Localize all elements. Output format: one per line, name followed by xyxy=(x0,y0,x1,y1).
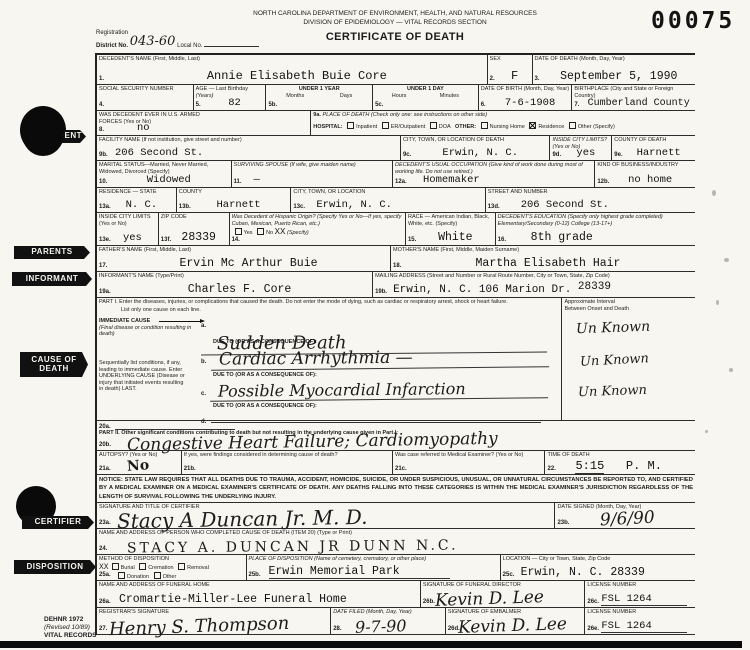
field-marital-status: MARITAL STATUS—Married, Never Married, W… xyxy=(97,161,232,187)
label: FACILITY NAME (If not institution, give … xyxy=(99,137,398,144)
label: SEX xyxy=(490,56,530,63)
option-other: Other (Specify) xyxy=(578,124,615,130)
value: No xyxy=(126,457,149,475)
item-number: 9c. xyxy=(403,152,411,158)
field-under-1-year: UNDER 1 YEAR Months Days 5b. xyxy=(266,85,373,110)
field-mother-name: MOTHER'S NAME (First, Middle, Maiden Sur… xyxy=(391,246,695,271)
label: RESIDENCE — STATE xyxy=(99,189,174,196)
item-number: 6. xyxy=(481,102,486,108)
field-residence-state: RESIDENCE — STATE 13a. N. C. xyxy=(97,188,177,212)
part2-section: 20a. PART II. Other significant conditio… xyxy=(97,421,695,450)
death-certificate-scan: NORTH CAROLINA DEPARTMENT OF ENVIRONMENT… xyxy=(0,0,750,650)
option-yes: Yes xyxy=(244,230,253,236)
item-number: 23b. xyxy=(557,520,569,526)
label: DATE FILED (Month, Day, Year) xyxy=(333,609,443,616)
field-place-of-disposition: PLACE OF DISPOSITION (Name of cemetery, … xyxy=(247,555,501,580)
item-number: 22. xyxy=(547,466,555,472)
value: Harnett xyxy=(624,147,693,159)
checkbox-other xyxy=(569,122,576,129)
field-completed-by: NAME AND ADDRESS OF PERSON WHO COMPLETED… xyxy=(97,529,695,554)
part1-interval-column: Approximate Interval Between Onset and D… xyxy=(562,298,695,420)
field-registrar-signature: REGISTRAR'S SIGNATURE 27. Henry S. Thomp… xyxy=(97,608,331,634)
value: 9/6/90 xyxy=(600,508,656,531)
immediate-cause-arrow xyxy=(159,321,201,322)
signature-value: Henry S. Thompson xyxy=(109,613,290,640)
zip-value: 28339 xyxy=(578,281,611,293)
checkbox-line-2: Donation Other xyxy=(99,572,244,581)
value: 5:15 P. M. xyxy=(575,459,693,473)
local-no-blank xyxy=(204,46,259,47)
checkbox-donation xyxy=(118,572,125,579)
item-number: 21b. xyxy=(184,466,196,472)
value: Charles F. Core xyxy=(109,283,370,296)
label: LICENSE NUMBER xyxy=(587,582,693,589)
form-section: VITAL RECORDS xyxy=(44,632,97,639)
field-date-signed: DATE SIGNED (Month, Day, Year) 23b. 9/6/… xyxy=(555,503,695,528)
field-decedent-name: DECEDENT'S NAME (First, Middle, Last) 1.… xyxy=(97,55,488,84)
checkbox-er-outpatient xyxy=(382,122,389,129)
notice-block: NOTICE: STATE LAW REQUIRES THAT ALL DEAT… xyxy=(97,475,695,502)
burial-mark: XX xyxy=(99,563,109,572)
days-label: Days xyxy=(340,93,353,100)
registration-label: Registration xyxy=(96,30,128,36)
interval-header: Approximate Interval Between Onset and D… xyxy=(564,299,634,312)
value: September 5, 1990 xyxy=(545,70,693,83)
district-label: District No. xyxy=(96,43,128,49)
value: 9-7-90 xyxy=(355,616,407,637)
value: 82 xyxy=(206,97,264,109)
field-sex: SEX 2. F xyxy=(488,55,533,84)
value: Erwin, N. C. xyxy=(316,199,482,211)
label: If yes, were findings considered in dete… xyxy=(184,452,390,459)
label: NAME AND ADDRESS OF FUNERAL HOME xyxy=(99,582,418,589)
label: INFORMANT'S NAME (Type/Print) xyxy=(99,273,370,280)
value: — xyxy=(254,174,390,186)
item-number: 21c. xyxy=(395,466,407,472)
label: FATHER'S NAME (First, Middle, Last) xyxy=(99,247,388,254)
option-burial: Burial xyxy=(121,565,135,571)
field-autopsy: AUTOPSY? (Yes or No) 21a. No xyxy=(97,451,182,474)
item-number-20b: 20b. xyxy=(99,442,111,448)
item-number: 21a. xyxy=(99,466,111,472)
item-number: 15. xyxy=(408,237,416,243)
item-number: 9e. xyxy=(614,152,622,158)
label: ZIP CODE xyxy=(161,214,227,221)
option-cremation: Cremation xyxy=(148,565,173,571)
scan-noise xyxy=(724,258,729,262)
item-number: 13d. xyxy=(488,204,500,210)
item-number: 26a. xyxy=(99,599,111,605)
field-birthplace: BIRTHPLACE (City and State or Foreign Co… xyxy=(572,85,695,110)
field-residence-city: CITY, TOWN, OR LOCATION 13c. Erwin, N. C… xyxy=(291,188,485,212)
checkbox-burial xyxy=(112,563,119,570)
item-number: 25a. xyxy=(99,572,111,578)
value: Cumberland County xyxy=(584,98,693,109)
label: PLACE OF DISPOSITION (Name of cemetery, … xyxy=(249,556,498,563)
item-number: 18. xyxy=(393,263,401,269)
field-father-name: FATHER'S NAME (First, Middle, Last) 17. … xyxy=(97,246,391,271)
value: yes xyxy=(109,232,156,244)
field-date-filed: DATE FILED (Month, Day, Year) 28. 9-7-90 xyxy=(331,608,446,634)
label: LICENSE NUMBER xyxy=(587,609,693,616)
value: 28339 xyxy=(171,231,227,244)
sub-columns: Months Days xyxy=(268,93,370,100)
label: METHOD OF DISPOSITION xyxy=(99,556,244,563)
field-date-of-birth: DATE OF BIRTH (Month, Day, Year) 6. 7-6-… xyxy=(479,85,573,110)
form-revision: (Revised 10/89) xyxy=(44,624,90,631)
sequential-label: Sequentially list conditions, if any, le… xyxy=(99,360,189,393)
item-number: 26c. xyxy=(587,599,599,605)
field-inside-city-limits-death: INSIDE CITY LIMITS? (Yes or No) 9d. yes xyxy=(550,136,612,160)
item-number: 8. xyxy=(99,127,104,133)
field-medical-examiner-referred: Was case referred to Medical Examiner? (… xyxy=(393,451,545,474)
checkbox-residence-checked xyxy=(529,122,536,129)
item-number: 25b. xyxy=(249,572,261,578)
address-value: Erwin, N. C. 106 Marion Dr. xyxy=(393,284,571,296)
field-residence-county: COUNTY 13b. Harnett xyxy=(177,188,292,212)
item-number: 26e. xyxy=(587,626,599,632)
signature-value: Kevin D. Lee xyxy=(458,614,568,638)
sidebar-tab-certifier: CERTIFIER xyxy=(22,516,94,529)
field-informant-name: INFORMANT'S NAME (Type/Print) 19a. Charl… xyxy=(97,272,373,297)
ink-blob-overlay xyxy=(22,112,64,156)
form-code: DEHNR 1972 xyxy=(44,616,83,623)
label: PLACE OF DEATH (Check only one: see inst… xyxy=(322,112,487,118)
field-director-license: LICENSE NUMBER 26c. FSL 1264 xyxy=(585,581,695,607)
hours-label: Hours xyxy=(392,93,407,100)
field-surviving-spouse: SURVIVING SPOUSE (If wife, give maiden n… xyxy=(232,161,393,187)
checkbox-nursing-home xyxy=(481,122,488,129)
value: Erwin, N. C. 28339 xyxy=(521,566,693,579)
line-letter: b. xyxy=(201,359,206,365)
item-number: 3. xyxy=(535,76,540,82)
field-disposition-location: LOCATION — City or Town, State, Zip Code… xyxy=(501,555,695,580)
option-er-outpatient: ER/Outpatient xyxy=(391,124,426,130)
value: Annie Elisabeth Buie Core xyxy=(109,69,485,83)
immediate-cause-sub: (Final disease or condition resulting in… xyxy=(99,325,195,338)
option-nursing-home: Nursing Home xyxy=(490,124,525,130)
item-number: 16. xyxy=(498,237,506,243)
notice-text: NOTICE: STATE LAW REQUIRES THAT ALL DEAT… xyxy=(99,476,693,501)
label: DATE OF DEATH (Month, Day, Year) xyxy=(535,56,693,63)
checkbox-line: HOSPITAL: Inpatient ER/Outpatient DOA OT… xyxy=(313,122,693,131)
value: F xyxy=(500,69,530,83)
item-number: 4. xyxy=(99,102,104,108)
label: UNDER 1 DAY xyxy=(375,86,476,93)
field-age: AGE — Last Birthday (Years) 5. 82 xyxy=(194,85,267,110)
minutes-label: Minutes xyxy=(440,93,459,100)
item-number: 24. xyxy=(99,546,107,552)
label: SURVIVING SPOUSE (If wife, give maiden n… xyxy=(234,162,390,169)
field-place-of-death: 9a. PLACE OF DEATH (Check only one: see … xyxy=(311,111,695,135)
label: TIME OF DEATH xyxy=(547,452,693,459)
value: 206 Second St. xyxy=(115,147,398,159)
field-race: RACE — American Indian, Black, White, et… xyxy=(406,213,496,245)
item-number: 28. xyxy=(333,626,341,632)
label: Was Decedent of Hispanic Origin? (Specif… xyxy=(232,214,403,227)
value: Erwin Memorial Park xyxy=(269,565,450,579)
item-number: 10. xyxy=(99,179,107,185)
label: AGE — Last Birthday xyxy=(196,86,264,93)
field-education: DECEDENT'S EDUCATION (Specify only highe… xyxy=(496,213,695,245)
checkbox-hispanic-yes xyxy=(235,228,242,235)
value: 206 Second St. xyxy=(521,199,693,211)
field-method-of-disposition: METHOD OF DISPOSITION XXBurial Cremation… xyxy=(97,555,247,580)
item-number: 7. xyxy=(574,102,579,108)
label: RACE — American Indian, Black, White, et… xyxy=(408,214,493,227)
label: DECEDENT'S EDUCATION (Specify only highe… xyxy=(498,214,693,227)
value: Martha Elisabeth Hair xyxy=(403,257,693,270)
label: NAME AND ADDRESS OF PERSON WHO COMPLETED… xyxy=(99,530,693,537)
due-to-label-2: DUE TO (OR AS A CONSEQUENCE OF): xyxy=(213,372,317,379)
local-no-label: Local No. xyxy=(177,43,202,49)
division-line: DIVISION OF EPIDEMIOLOGY — VITAL RECORDS… xyxy=(95,19,695,26)
field-zip-code: ZIP CODE 13f. 28339 xyxy=(159,213,230,245)
scan-noise xyxy=(716,300,719,305)
item-number: 5b. xyxy=(268,102,277,108)
field-usual-occupation: DECEDENT'S USUAL OCCUPATION (Give kind o… xyxy=(393,161,595,187)
value: Ervin Mc Arthur Buie xyxy=(109,257,388,270)
sidebar-tab-cause-of-death: CAUSE OF DEATH xyxy=(20,352,88,377)
value: Erwin, N. C. xyxy=(413,147,548,159)
item-number: 5. xyxy=(196,102,201,108)
label: UNDER 1 YEAR xyxy=(268,86,370,93)
field-city-of-death: CITY, TOWN, OR LOCATION OF DEATH 9c. Erw… xyxy=(401,136,551,160)
due-to-label-1: DUE TO (OR AS A CONSEQUENCE OF): xyxy=(213,339,317,346)
registration-block: Registration District No. 043-60 Local N… xyxy=(96,30,259,51)
item-number: 13f. xyxy=(161,237,171,243)
ampm-value: P. M. xyxy=(626,459,662,473)
cause-c-value: Possible Myocardial Infarction xyxy=(210,378,548,402)
value: yes xyxy=(562,147,609,159)
field-autopsy-findings: If yes, were findings considered in dete… xyxy=(182,451,393,474)
option-no: No xyxy=(266,230,273,236)
item-number: 27. xyxy=(99,626,107,632)
item-number: 9b. xyxy=(99,152,108,158)
option-donation: Donation xyxy=(127,574,149,580)
scan-noise xyxy=(729,368,733,372)
value: Widowed xyxy=(109,174,229,186)
field-under-1-day: UNDER 1 DAY Hours Minutes 5c. xyxy=(373,85,479,110)
line-letter: a. xyxy=(201,323,206,329)
field-time-of-death: TIME OF DEATH 22. 5:15 P. M. xyxy=(545,451,695,474)
label: MOTHER'S NAME (First, Middle, Maiden Sur… xyxy=(393,247,693,254)
label: DATE OF BIRTH (Month, Day, Year) xyxy=(481,86,570,93)
item-number: 23a. xyxy=(99,520,111,526)
item-number: 13c. xyxy=(293,204,305,210)
label: CITY, TOWN, OR LOCATION OF DEATH xyxy=(403,137,548,144)
label: SOCIAL SECURITY NUMBER xyxy=(99,86,191,93)
label: KIND OF BUSINESS/INDUSTRY xyxy=(597,162,693,169)
part1-causes: PART I. Enter the diseases, injuries, or… xyxy=(97,298,562,420)
serial-number: 00075 xyxy=(651,8,735,34)
field-facility-name: FACILITY NAME (If not institution, give … xyxy=(97,136,401,160)
hispanic-no-mark: XX xyxy=(275,227,286,237)
field-ssn: SOCIAL SECURITY NUMBER 4. xyxy=(97,85,194,110)
field-business-industry: KIND OF BUSINESS/INDUSTRY 12b. no home xyxy=(595,161,695,187)
interval-c: Un Known xyxy=(578,383,647,400)
value: White xyxy=(418,231,493,244)
due-to-label-3: DUE TO (OR AS A CONSEQUENCE OF): xyxy=(213,403,317,410)
value: no xyxy=(137,122,308,134)
field-county-of-death: COUNTY OF DEATH 9e. Harnett xyxy=(612,136,695,160)
sidebar-tab-parents: PARENTS xyxy=(14,246,90,259)
checkbox-line: Yes No XX (Specify) xyxy=(232,227,403,238)
cause-line-c: c. Possible Myocardial Infarction xyxy=(201,380,553,400)
interval-a: Un Known xyxy=(576,319,651,338)
label: MAILING ADDRESS (Street and Number or Ru… xyxy=(375,273,693,280)
item-number: 9d. xyxy=(552,152,561,158)
item-number: 12a. xyxy=(395,179,407,185)
checkbox-removal xyxy=(178,563,185,570)
label: STREET AND NUMBER xyxy=(488,189,693,196)
label: COUNTY xyxy=(179,189,289,196)
option-doa: DOA xyxy=(439,124,451,130)
label: COUNTY OF DEATH xyxy=(614,137,693,144)
checkbox-line-1: XXBurial Cremation Removal xyxy=(99,563,244,573)
form-id-block: DEHNR 1972 (Revised 10/89) VITAL RECORDS xyxy=(44,616,97,640)
value: no home xyxy=(607,174,693,186)
item-number: 1. xyxy=(99,76,104,82)
checkbox-hispanic-no xyxy=(257,228,264,235)
item-number: 25c. xyxy=(503,572,515,578)
value: N. C. xyxy=(109,199,174,211)
field-funeral-director-signature: SIGNATURE OF FUNERAL DIRECTOR 26b. Kevin… xyxy=(421,581,585,607)
field-embalmer-signature: SIGNATURE OF EMBALMER 26d. Kevin D. Lee xyxy=(446,608,586,634)
scan-noise xyxy=(712,190,716,196)
field-mailing-address: MAILING ADDRESS (Street and Number or Ru… xyxy=(373,272,695,297)
time-value: 5:15 xyxy=(575,459,604,474)
label: INSIDE CITY LIMITS (Yes or No) xyxy=(99,214,156,227)
field-embalmer-license: LICENSE NUMBER 26e. FSL 1264 xyxy=(585,608,695,634)
option-residence: Residence xyxy=(538,124,564,130)
other-label: OTHER: xyxy=(455,124,476,130)
part1-instructions-2: List only one cause on each line. xyxy=(97,307,561,314)
field-residence-inside-limits: INSIDE CITY LIMITS (Yes or No) 13e. yes xyxy=(97,213,159,245)
value: FSL 1264 xyxy=(601,593,687,606)
label: Was case referred to Medical Examiner? (… xyxy=(395,452,542,459)
sub-columns: Hours Minutes xyxy=(375,93,476,100)
scan-noise xyxy=(705,430,708,433)
field-date-of-death: DATE OF DEATH (Month, Day, Year) 3. Sept… xyxy=(533,55,695,84)
value: FSL 1264 xyxy=(601,620,687,633)
field-armed-forces: WAS DECEDENT EVER IN U.S. ARMED FORCES (… xyxy=(97,111,311,135)
option-other: Other xyxy=(163,574,177,580)
option-inpatient: Inpatient xyxy=(356,124,377,130)
item-number: 19b. xyxy=(375,289,387,295)
item-number: 17. xyxy=(99,263,107,269)
checkbox-doa xyxy=(430,122,437,129)
line-20a-blank xyxy=(115,422,235,430)
value: Homemaker xyxy=(423,174,592,186)
field-residence-street: STREET AND NUMBER 13d. 206 Second St. xyxy=(486,188,695,212)
certificate-form: DECEDENT'S NAME (First, Middle, Last) 1.… xyxy=(95,53,695,635)
department-line: NORTH CAROLINA DEPARTMENT OF ENVIRONMENT… xyxy=(95,10,695,17)
part1-instructions: PART I. Enter the diseases, injuries, or… xyxy=(97,298,561,307)
label: DECEDENT'S NAME (First, Middle, Last) xyxy=(99,56,485,63)
sidebar-tab-informant: INFORMANT xyxy=(12,272,92,286)
months-label: Months xyxy=(286,93,304,100)
option-removal: Removal xyxy=(187,565,209,571)
checkbox-inpatient xyxy=(347,122,354,129)
item-number: 11. xyxy=(234,179,242,185)
field-certifier-signature: SIGNATURE AND TITLE OF CERTIFIER 23a. St… xyxy=(97,503,555,528)
item-number: 5c. xyxy=(375,102,383,108)
sidebar-tab-disposition: DISPOSITION xyxy=(14,560,96,574)
district-number-value: 043-60 xyxy=(130,34,176,49)
value: 8th grade xyxy=(531,231,693,244)
item-number: 2. xyxy=(490,76,495,82)
label: CITY, TOWN, OR LOCATION xyxy=(293,189,482,196)
specify-label: (Specify) xyxy=(287,230,309,236)
field-funeral-home: NAME AND ADDRESS OF FUNERAL HOME 26a. Cr… xyxy=(97,581,421,607)
interval-b: Un Known xyxy=(580,351,650,370)
line-letter: c. xyxy=(201,391,206,397)
item-number: 14. xyxy=(232,237,240,243)
item-number-inline: 9a. xyxy=(313,112,321,118)
checkbox-other-disposition xyxy=(154,572,161,579)
item-number: 26b. xyxy=(423,599,435,605)
cause-b-value: Cardiac Arrhythmia — xyxy=(211,346,549,371)
value: 7-6-1908 xyxy=(491,97,570,109)
hospital-label: HOSPITAL: xyxy=(313,124,342,130)
cause-line-b: b. Cardiac Arrhythmia — xyxy=(201,348,553,369)
value: Harnett xyxy=(189,199,289,211)
field-hispanic-origin: Was Decedent of Hispanic Origin? (Specif… xyxy=(230,213,406,245)
bottom-scan-bar xyxy=(0,641,742,648)
value: Erwin, N. C. 106 Marion Dr. 28339 xyxy=(393,284,693,296)
label: LOCATION — City or Town, State, Zip Code xyxy=(503,556,693,563)
checkbox-cremation xyxy=(139,563,146,570)
value: Cromartie-Miller-Lee Funeral Home xyxy=(119,593,418,606)
